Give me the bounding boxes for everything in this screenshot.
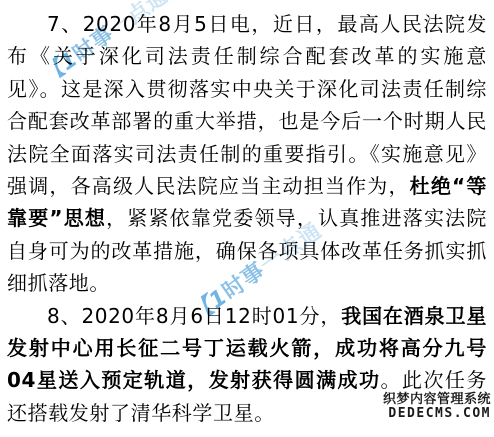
article-body: 7、2020年8月5日电，近日，最高人民法院发布《关于深化司法责任制综合配套改革… bbox=[0, 0, 494, 429]
page: 【1时事一点通 【1时事一点通 7、2020年8月5日电，近日，最高人民法院发布… bbox=[0, 0, 494, 437]
paragraph: 7、2020年8月5日电，近日，最高人民法院发布《关于深化司法责任制综合配套改革… bbox=[7, 8, 487, 300]
text-run: 7、2020年8月5日电，近日，最高人民法院发布《关于深化司法责任制综合配套改革… bbox=[7, 12, 487, 198]
text-run: 8、2020年8月6日12时01分， bbox=[47, 304, 341, 328]
paragraph: 8、2020年8月6日12时01分，我国在酒泉卫星发射中心用长征二号丁运载火箭，… bbox=[7, 300, 487, 430]
